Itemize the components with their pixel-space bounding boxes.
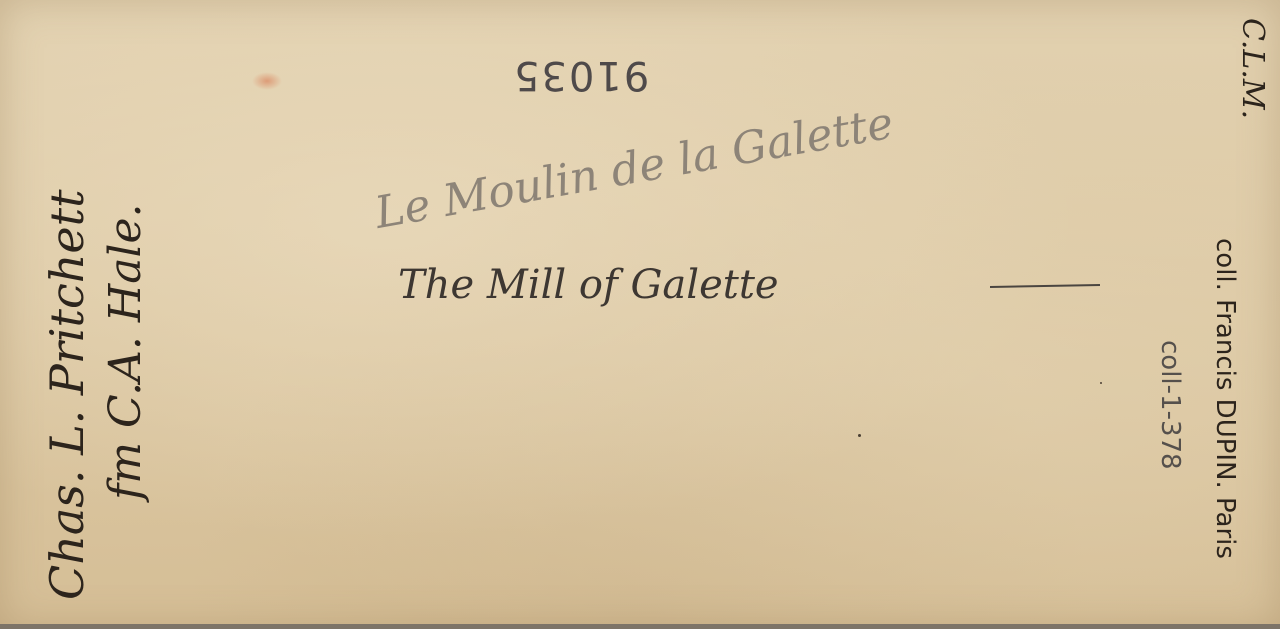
left-margin-owner: Chas. L. Pritchett — [40, 189, 94, 600]
stereoview-card-back: 91035 Le Moulin de la Galette The Mill o… — [0, 0, 1280, 629]
right-margin-initials: C.L.M. — [1235, 18, 1270, 119]
inventory-number: 91035 — [512, 52, 649, 98]
right-margin-collection: coll. Francis DUPIN. Paris — [1210, 238, 1240, 559]
rust-stain — [252, 72, 282, 90]
right-margin-collection-number: coll-1-378 — [1155, 340, 1185, 470]
title-underline-dash — [990, 284, 1100, 288]
ink-speck — [858, 434, 861, 437]
ink-speck — [1100, 382, 1102, 384]
english-title-pencil: The Mill of Galette — [398, 262, 779, 308]
left-margin-provenance: fm C.A. Hale. — [100, 203, 151, 500]
french-title-pencil: Le Moulin de la Galette — [371, 98, 897, 239]
